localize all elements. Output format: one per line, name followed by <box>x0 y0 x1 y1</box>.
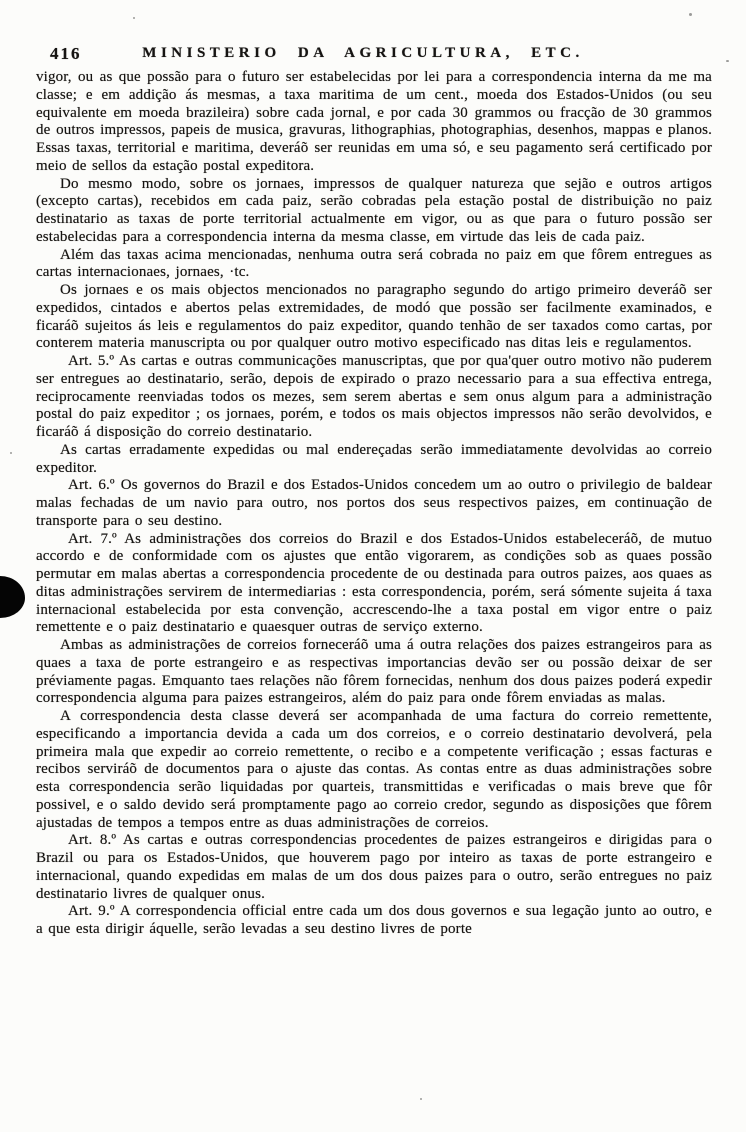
paragraph: Art. 6.º Os governos do Brazil e dos Est… <box>36 477 712 530</box>
scan-speck <box>420 1098 422 1100</box>
paragraph: Ambas as administrações de correios forn… <box>36 637 712 708</box>
scan-speck <box>726 60 729 62</box>
paragraph: Art. 8.º As cartas e outras corresponden… <box>36 832 712 903</box>
paragraph: Art. 9.º A correspondencia official entr… <box>36 903 712 939</box>
paragraph: Os jornaes e os mais objectos mencionado… <box>36 282 712 353</box>
page-header: 416 MINISTERIO DA AGRICULTURA, ETC. <box>0 42 746 68</box>
paragraph: Além das taxas acima mencionadas, nenhum… <box>36 247 712 283</box>
scan-speck <box>10 452 12 454</box>
paragraph: Art. 5.º As cartas e outras communicaçõe… <box>36 353 712 442</box>
scanned-document-page: 416 MINISTERIO DA AGRICULTURA, ETC. vigo… <box>0 0 746 1132</box>
scan-speck <box>689 13 692 16</box>
running-title: MINISTERIO DA AGRICULTURA, ETC. <box>110 45 616 62</box>
paragraph: Do mesmo modo, sobre os jornaes, impress… <box>36 176 712 247</box>
scan-speck <box>133 17 135 19</box>
page-body: vigor, ou as que possão para o futuro se… <box>36 69 712 939</box>
ink-blot-artifact <box>0 576 25 618</box>
paragraph: vigor, ou as que possão para o futuro se… <box>36 69 712 176</box>
paragraph: A correspondencia desta classe deverá se… <box>36 708 712 832</box>
page-number: 416 <box>50 44 82 64</box>
paragraph: Art. 7.º As administrações dos correios … <box>36 531 712 638</box>
paragraph: As cartas erradamente expedidas ou mal e… <box>36 442 712 478</box>
